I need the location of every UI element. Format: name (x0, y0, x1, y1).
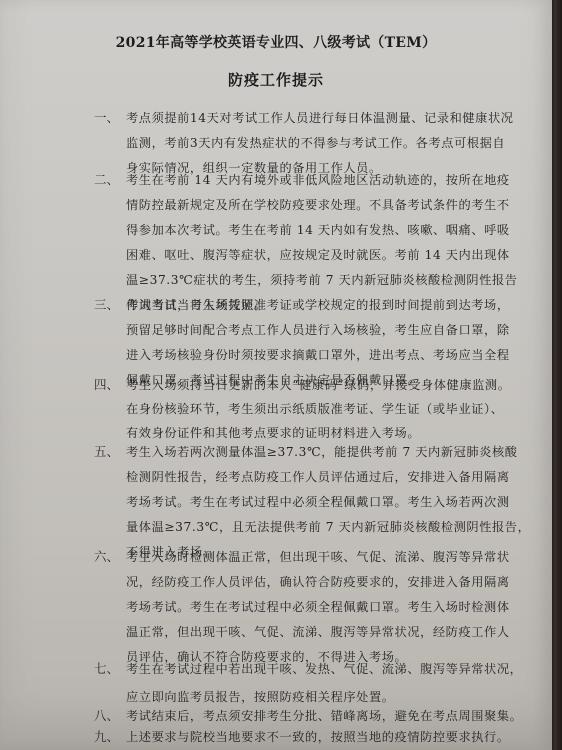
document-page: 2021年高等学校英语专业四、八级考试（TEM） 防疫工作提示 一、 考点须提前… (0, 0, 552, 750)
text-line: 考点须提前14天对考试工作人员进行每日体温测量、记录和健康状况 (126, 108, 536, 133)
item-number: 九、 (94, 727, 119, 747)
item-text: 考生在考试过程中若出现干咳、发热、气促、流涕、腹泻等异常状况， 应立即向监考员报… (126, 659, 536, 712)
item-text: 上述要求与院校当地要求不一致的，按照当地的疫情防控要求执行。 (126, 727, 536, 750)
text-line: 检测阴性报告，经考点防疫工作人员评估通过后，安排进入备用隔离 (126, 467, 536, 492)
text-line: 考生在考前 14 天内有境外或非低风险地区活动轨迹的，按所在地疫 (126, 170, 536, 195)
text-line: 考生入场须持当日更新的本人“健康码”绿码，并接受身体健康监测。 (126, 375, 536, 399)
item-text: 考生入场须持当日更新的本人“健康码”绿码，并接受身体健康监测。 在身份核验环节，… (126, 375, 536, 444)
text-line: 考生入场若两次测量体温≥37.3℃，能提供考前 7 天内新冠肺炎核酸 (126, 442, 536, 467)
background-edge (554, 0, 562, 750)
text-line: 考生在考试过程中若出现干咳、发热、气促、流涕、腹泻等异常状况， (126, 659, 536, 687)
text-line: 有效身份证件和其他考点要求的证明材料进入考场。 (126, 423, 536, 444)
item-number: 八、 (94, 706, 119, 726)
text-line: 量体温≥37.3℃，且无法提供考前 7 天内新冠肺炎核酸检测阴性报告， (126, 517, 536, 542)
text-line: 温正常，但出现干咳、气促、流涕、腹泻等异常状况，经防疫工作人 (126, 622, 536, 647)
text-line: 在身份核验环节，考生须出示纸质版准考证、学生证（或毕业证）、 (126, 399, 536, 423)
text-line: 监测，考前3天内有发热症状的不得参与考试工作。各考点可根据自 (126, 133, 536, 158)
item-number: 三、 (94, 295, 119, 315)
text-line: 考场考试。考生在考试过程中必须全程佩戴口罩。考生入场若两次测 (126, 492, 536, 517)
text-line: 况，经防疫工作人员评估，确认符合防疫要求的，安排进入备用隔离 (126, 572, 536, 597)
item-number: 一、 (94, 108, 119, 128)
text-line: 上述要求与院校当地要求不一致的，按照当地的疫情防控要求执行。 (126, 727, 536, 750)
document-title: 2021年高等学校英语专业四、八级考试（TEM） (0, 32, 552, 52)
text-line: 得参加本次考试。考生在考前 14 天内如有发热、咳嗽、咽痛、呼吸 (126, 220, 536, 245)
text-line: 进入考场核验身份时须按要求摘戴口罩外，进出考点、考场应当全程 (126, 345, 536, 370)
item-number: 六、 (94, 547, 119, 567)
text-line: 情防控最新规定及所在学校防疫要求处理。不具备考试条件的考生不 (126, 195, 536, 220)
text-line: 温≥37.3℃症状的考生，须持考前 7 天内新冠肺炎核酸检测阴性报告 (126, 270, 536, 295)
text-line: 考场考试。考生在考试过程中必须全程佩戴口罩。考生入场时检测体 (126, 597, 536, 622)
text-line: 困难、呕吐、腹泻等症状，应按规定及时就医。考前 14 天内出现体 (126, 245, 536, 270)
item-text: 考生入场时检测体温正常，但出现干咳、气促、流涕、腹泻等异常状 况，经防疫工作人员… (126, 547, 536, 672)
item-number: 七、 (94, 659, 119, 679)
text-line: 考试当日，考生须按照准考证或学校规定的报到时间提前到达考场， (126, 295, 536, 320)
item-number: 五、 (94, 442, 119, 462)
item-number: 四、 (94, 375, 119, 395)
document-subtitle: 防疫工作提示 (0, 69, 552, 90)
item-number: 二、 (94, 170, 119, 190)
text-line: 考生入场时检测体温正常，但出现干咳、气促、流涕、腹泻等异常状 (126, 547, 536, 572)
text-line: 预留足够时间配合考点工作人员进行入场核验，考生应自备口罩，除 (126, 320, 536, 345)
